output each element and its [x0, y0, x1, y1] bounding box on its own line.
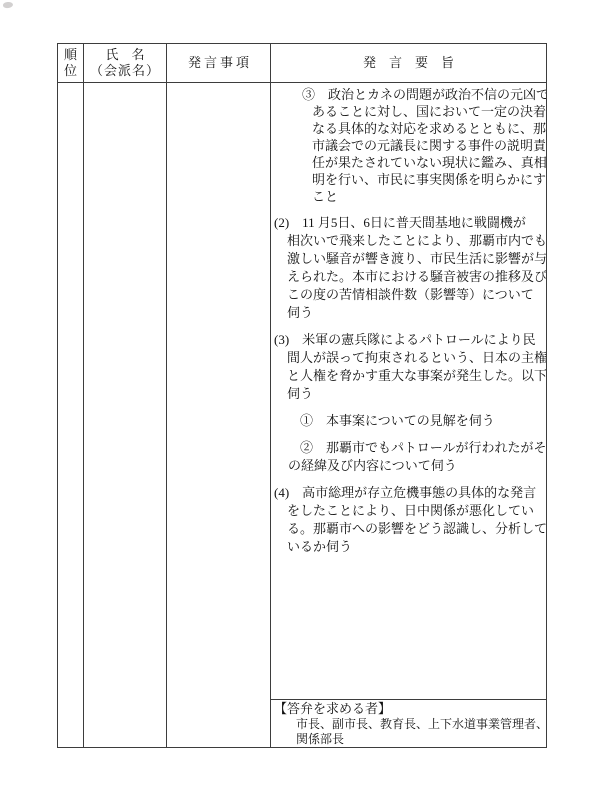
- text-line: (4) 高市総理が存立危機事態の具体的な発言: [274, 484, 544, 502]
- text-line: この度の苦情相談件数（影響等）について: [274, 286, 544, 304]
- header-topic-label: 発言事項: [188, 55, 252, 71]
- text-line: こと: [274, 188, 544, 205]
- summary-item-3: (3) 米軍の憲兵隊によるパトロールにより民間人が誤って拘束されるという、日本の…: [274, 331, 544, 403]
- text-line: をしたことにより、日中関係が悪化してい: [274, 502, 544, 520]
- summary-subitem-3: ③ 政治とカネの問題が政治不信の元凶であることに対し、国において一定の決着となる…: [274, 86, 544, 205]
- summary-subitem-1: ① 本事案についての見解を伺う: [274, 412, 544, 430]
- summary-item-4: (4) 高市総理が存立危機事態の具体的な発言をしたことにより、日中関係が悪化して…: [274, 484, 544, 556]
- cell-topic-empty: [167, 83, 271, 747]
- text-line: 相次いで飛来したことにより、那覇市内でも: [274, 232, 544, 250]
- statement-notice-table: 順 位 氏 名 （会派名） 発言事項 発言要旨 ③ 政治とカネの問題が政治不信の…: [57, 43, 547, 748]
- text-line: いるか伺う: [274, 538, 544, 556]
- header-rank-line1: 順: [64, 47, 77, 63]
- answer-title: 【答弁を求める者】: [274, 701, 544, 717]
- text-line: 激しい騒音が響き渡り、市民生活に影響が与: [274, 250, 544, 268]
- cell-rank-empty: [58, 83, 84, 747]
- text-line: ① 本事案についての見解を伺う: [274, 412, 544, 430]
- answer-line: 関係部長: [274, 732, 544, 747]
- text-line: なる具体的な対応を求めるとともに、那覇: [274, 120, 544, 137]
- cell-name-empty: [84, 83, 167, 747]
- table-header-row: 順 位 氏 名 （会派名） 発言事項 発言要旨: [58, 44, 546, 83]
- text-line: (3) 米軍の憲兵隊によるパトロールにより民: [274, 331, 544, 349]
- scan-artifact: [3, 1, 14, 8]
- text-line: 明を行い、市民に事実関係を明らかにする: [274, 171, 544, 188]
- text-line: えられた。本市における騒音被害の推移及び: [274, 268, 544, 286]
- header-name-line1: 氏 名: [105, 47, 144, 63]
- answer-lines: 市長、副市長、教育長、上下水道事業管理者、関係部長: [274, 717, 544, 747]
- summary-content: ③ 政治とカネの問題が政治不信の元凶であることに対し、国において一定の決着となる…: [271, 83, 546, 699]
- text-line: 伺う: [274, 304, 544, 322]
- header-summary-label: 発言要旨: [363, 55, 467, 71]
- text-line: 間人が誤って拘束されるという、日本の主権: [274, 349, 544, 367]
- text-line: (2) 11 月5日、6日に普天間基地に戦闘機が: [274, 214, 544, 232]
- text-line: 伺う: [274, 385, 544, 403]
- text-line: あることに対し、国において一定の決着と: [274, 103, 544, 120]
- header-rank-line2: 位: [64, 63, 77, 79]
- text-line: ② 那覇市でもパトロールが行われたがそ: [274, 439, 544, 457]
- header-name-line2: （会派名）: [90, 63, 160, 79]
- text-line: 任が果たされていない現状に鑑み、真相究: [274, 154, 544, 171]
- header-summary: 発言要旨: [271, 44, 546, 82]
- answer-section: 【答弁を求める者】 市長、副市長、教育長、上下水道事業管理者、関係部長: [271, 699, 546, 747]
- summary-item-2: (2) 11 月5日、6日に普天間基地に戦闘機が相次いで飛来したことにより、那覇…: [274, 214, 544, 322]
- answer-line: 市長、副市長、教育長、上下水道事業管理者、: [274, 717, 544, 732]
- header-name: 氏 名 （会派名）: [84, 44, 167, 82]
- text-line: の経緯及び内容について伺う: [274, 457, 544, 475]
- text-line: る。那覇市への影響をどう認識し、分析して: [274, 520, 544, 538]
- cell-summary: ③ 政治とカネの問題が政治不信の元凶であることに対し、国において一定の決着となる…: [271, 83, 546, 747]
- text-line: と人権を脅かす重大な事案が発生した。以下: [274, 367, 544, 385]
- text-line: 市議会での元議長に関する事件の説明責: [274, 137, 544, 154]
- document-page: 順 位 氏 名 （会派名） 発言事項 発言要旨 ③ 政治とカネの問題が政治不信の…: [0, 0, 601, 800]
- header-topic: 発言事項: [167, 44, 271, 82]
- header-rank: 順 位: [58, 44, 84, 82]
- summary-subitem-2: ② 那覇市でもパトロールが行われたがその経緯及び内容について伺う: [274, 439, 544, 475]
- table-body-row: ③ 政治とカネの問題が政治不信の元凶であることに対し、国において一定の決着となる…: [58, 83, 546, 747]
- text-line: ③ 政治とカネの問題が政治不信の元凶で: [274, 86, 544, 103]
